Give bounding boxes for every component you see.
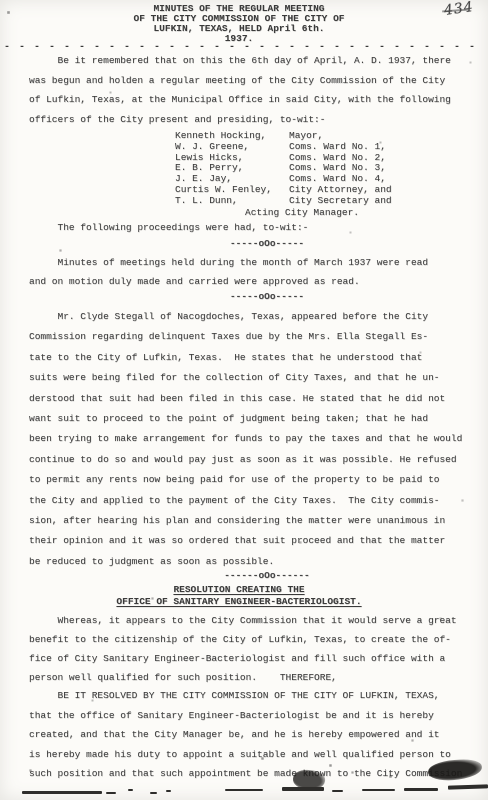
text-line: to permit any rents now being paid for u… bbox=[29, 470, 481, 490]
section-separator: ------oOo------ bbox=[0, 570, 478, 581]
edge-mark bbox=[128, 789, 133, 791]
document-title: MINUTES OF THE REGULAR MEETINGOF THE CIT… bbox=[0, 4, 478, 44]
edge-mark bbox=[404, 788, 438, 791]
officer-row: T. L. Dunn,City Secretary and bbox=[175, 196, 392, 207]
separator-glyphs: ------oOo------ bbox=[224, 570, 310, 581]
text-line: been trying to make arrangement for fund… bbox=[29, 429, 481, 449]
text-line: suits were being filed for the collectio… bbox=[29, 368, 481, 388]
officers-list: Kenneth Hocking,Mayor,W. J. Greene,Coms.… bbox=[175, 131, 392, 207]
text-line: OFFICE OF SANITARY ENGINEER-BACTERIOLOGI… bbox=[0, 596, 478, 608]
section-separator: -----oOo----- bbox=[0, 291, 478, 302]
text-line: tate to the City of Lufkin, Texas. He st… bbox=[29, 348, 481, 368]
text-line: officers of the City present and presidi… bbox=[29, 110, 481, 130]
edge-mark bbox=[448, 784, 488, 789]
scan-specks bbox=[0, 0, 1, 1]
text-line: BE IT RESOLVED BY THE CITY COMMISSION OF… bbox=[29, 686, 481, 706]
text-line: continue to do so and would pay just as … bbox=[29, 450, 481, 470]
text-line: sion, after hearing his plan and conside… bbox=[29, 511, 481, 531]
text-line: was begun and holden a regular meeting o… bbox=[29, 71, 481, 91]
edge-mark bbox=[362, 789, 395, 791]
minutes-approval-paragraph: Minutes of meetings held during the mont… bbox=[29, 253, 481, 291]
edge-mark bbox=[332, 790, 343, 792]
separator-glyphs: -----oOo----- bbox=[230, 291, 304, 302]
text-line: Whereas, it appears to the City Commissi… bbox=[29, 611, 481, 630]
text-line: Mr. Clyde Stegall of Nacogdoches, Texas,… bbox=[29, 307, 481, 327]
text-line: such position and that such appointment … bbox=[29, 764, 481, 784]
text-line: want suit to proceed to the point of jud… bbox=[29, 409, 481, 429]
edge-mark bbox=[282, 787, 324, 791]
text-line: their opinion and it was so ordered that… bbox=[29, 531, 481, 551]
section-separator: -----oOo----- bbox=[0, 238, 478, 249]
text-line: derstood that suit had been filed in thi… bbox=[29, 389, 481, 409]
edge-mark bbox=[225, 789, 263, 791]
intro-paragraph: Be it remembered that on this the 6th da… bbox=[29, 51, 481, 129]
edge-mark bbox=[22, 791, 102, 794]
officer-name: W. J. Greene, bbox=[175, 142, 289, 153]
officer-title: Coms. Ward No. 1, bbox=[289, 142, 386, 153]
text-line: Commission regarding delinquent Taxes du… bbox=[29, 327, 481, 347]
edge-mark bbox=[106, 792, 116, 794]
text-line: and on motion duly made and carried were… bbox=[29, 272, 481, 291]
text-line: Be it remembered that on this the 6th da… bbox=[29, 51, 481, 71]
officer-name: T. L. Dunn, bbox=[175, 196, 289, 207]
text-line: RESOLUTION CREATING THE bbox=[0, 584, 478, 596]
acting-city-manager-line: Acting City Manager. bbox=[245, 207, 359, 218]
whereas-paragraph: Whereas, it appears to the City Commissi… bbox=[29, 611, 481, 687]
stegall-tax-paragraph: Mr. Clyde Stegall of Nacogdoches, Texas,… bbox=[29, 307, 481, 572]
resolution-heading: RESOLUTION CREATING THEOFFICE OF SANITAR… bbox=[0, 584, 478, 607]
text-line: the City and applied to the payment of t… bbox=[29, 491, 481, 511]
text-line: fice of City Sanitary Engineer-Bacteriol… bbox=[29, 649, 481, 668]
text-line: Minutes of meetings held during the mont… bbox=[29, 253, 481, 272]
edge-mark bbox=[150, 792, 157, 794]
proceedings-line: The following proceedings were had, to-w… bbox=[29, 222, 308, 233]
text-line: that the office of Sanitary Engineer-Bac… bbox=[29, 706, 481, 726]
edge-mark bbox=[166, 790, 171, 792]
separator-glyphs: -----oOo----- bbox=[230, 238, 304, 249]
text-line: created, and that the City Manager be, a… bbox=[29, 725, 481, 745]
officer-title: City Secretary and bbox=[289, 196, 392, 207]
officer-row: W. J. Greene,Coms. Ward No. 1, bbox=[175, 142, 392, 153]
text-line: is hereby made his duty to appoint a sui… bbox=[29, 745, 481, 765]
text-line: of Lufkin, Texas, at the Municipal Offic… bbox=[29, 90, 481, 110]
text-line: person well qualified for such position.… bbox=[29, 668, 481, 687]
resolved-paragraph: BE IT RESOLVED BY THE CITY COMMISSION OF… bbox=[29, 686, 481, 784]
text-line: benefit to the citizenship of the City o… bbox=[29, 630, 481, 649]
document-page: 434 MINUTES OF THE REGULAR MEETINGOF THE… bbox=[0, 0, 488, 800]
